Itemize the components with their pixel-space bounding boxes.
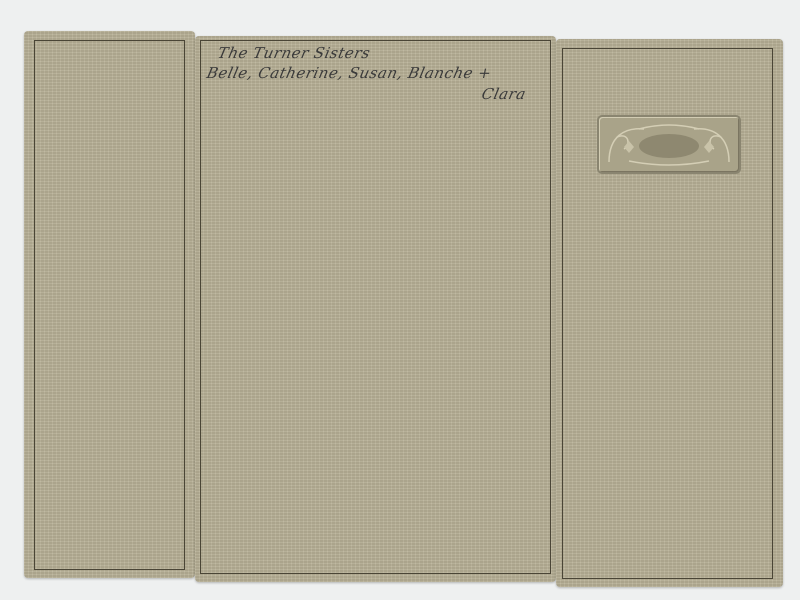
left-panel-border <box>34 40 185 570</box>
caption-title: The Turner Sisters <box>216 44 372 62</box>
left-panel <box>24 31 195 578</box>
caption-names: Belle, Catherine, Susan, Blanche + <box>205 64 493 82</box>
right-panel <box>556 39 783 587</box>
caption-names-continued: Clara <box>480 85 528 103</box>
center-panel: The Turner Sisters Belle, Catherine, Sus… <box>195 36 556 582</box>
art-nouveau-emblem-icon <box>597 115 741 174</box>
center-panel-border <box>200 40 551 574</box>
